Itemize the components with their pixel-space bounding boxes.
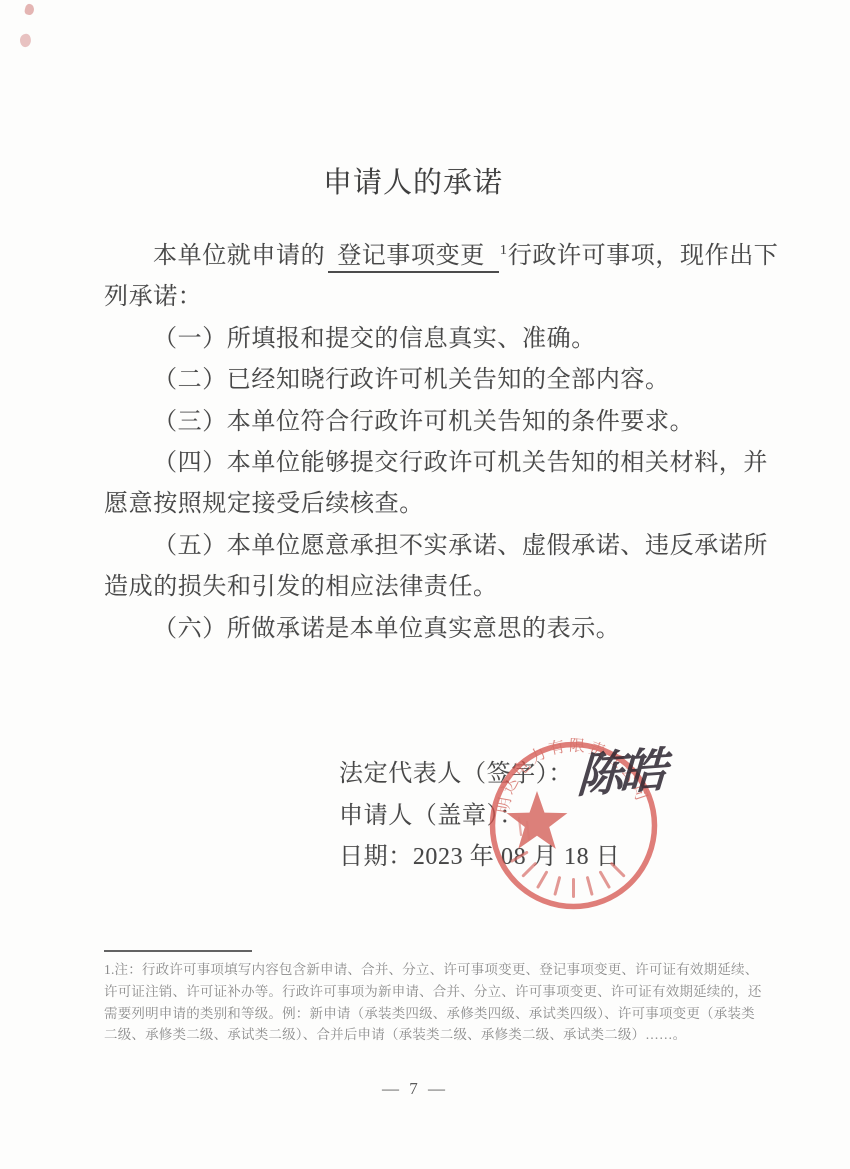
document-title: 申请人的承诺 bbox=[0, 160, 826, 201]
footnote-separator-line bbox=[104, 950, 252, 952]
footnote-line: 二级、承修类二级、承试类二级）、合并后申请（承装类二级、承修类二级、承试类二级）… bbox=[104, 1024, 784, 1046]
commitment-item-6: （六）所做承诺是本单位真实意思的表示。 bbox=[104, 609, 764, 650]
commitment-item-3: （三）本单位符合行政许可机关告知的条件要求。 bbox=[104, 402, 764, 443]
commitment-item-2: （二）已经知晓行政许可机关告知的全部内容。 bbox=[104, 360, 764, 401]
scan-artifact-mark bbox=[19, 33, 32, 48]
intro-prefix: 本单位就申请的 bbox=[153, 243, 325, 269]
page-number: — 7 — bbox=[330, 1079, 500, 1099]
commitment-item-4: （四）本单位能够提交行政许可机关告知的相关材料，并 bbox=[104, 443, 764, 484]
commitment-item-4-wrap: 愿意按照规定接受后续核查。 bbox=[104, 484, 764, 525]
commitment-item-5: （五）本单位愿意承担不实承诺、虚假承诺、违反承诺所 bbox=[104, 526, 764, 567]
seal-star-icon bbox=[507, 791, 568, 849]
intro-wrap-line: 列承诺： bbox=[104, 277, 764, 318]
scan-artifact-mark bbox=[24, 3, 35, 16]
intro-suffix: 行政许可事项，现作出下 bbox=[508, 243, 779, 269]
footnote-line: 需要列明申请的类别和等级。例：新申请（承装类四级、承修类四级、承试类四级）、许可… bbox=[104, 1003, 784, 1025]
legal-rep-handwritten-signature: 陈皓 bbox=[575, 733, 664, 806]
permit-type-underlined-value: 登记事项变更 bbox=[328, 241, 499, 273]
commitment-item-5-wrap: 造成的损失和引发的相应法律责任。 bbox=[104, 567, 764, 608]
footnote-line: 许可证注销、许可证补办等。行政许可事项为新申请、合并、分立、许可事项变更、许可证… bbox=[104, 981, 784, 1003]
footnote-block: 1.注：行政许可事项填写内容包含新申请、合并、分立、许可事项变更、登记事项变更、… bbox=[104, 959, 784, 1046]
footnote-reference-superscript: 1 bbox=[500, 243, 507, 258]
commitment-body: 本单位就申请的登记事项变更1行政许可事项，现作出下 列承诺： （一）所填报和提交… bbox=[104, 230, 764, 650]
footnote-line: 1.注：行政许可事项填写内容包含新申请、合并、分立、许可事项变更、登记事项变更、… bbox=[104, 959, 784, 981]
date-label: 日期： bbox=[339, 844, 413, 870]
commitment-item-1: （一）所填报和提交的信息真实、准确。 bbox=[104, 319, 764, 360]
scanned-document-page: 申请人的承诺 本单位就申请的登记事项变更1行政许可事项，现作出下 列承诺： （一… bbox=[0, 0, 850, 1169]
intro-line: 本单位就申请的登记事项变更1行政许可事项，现作出下 bbox=[104, 230, 764, 277]
